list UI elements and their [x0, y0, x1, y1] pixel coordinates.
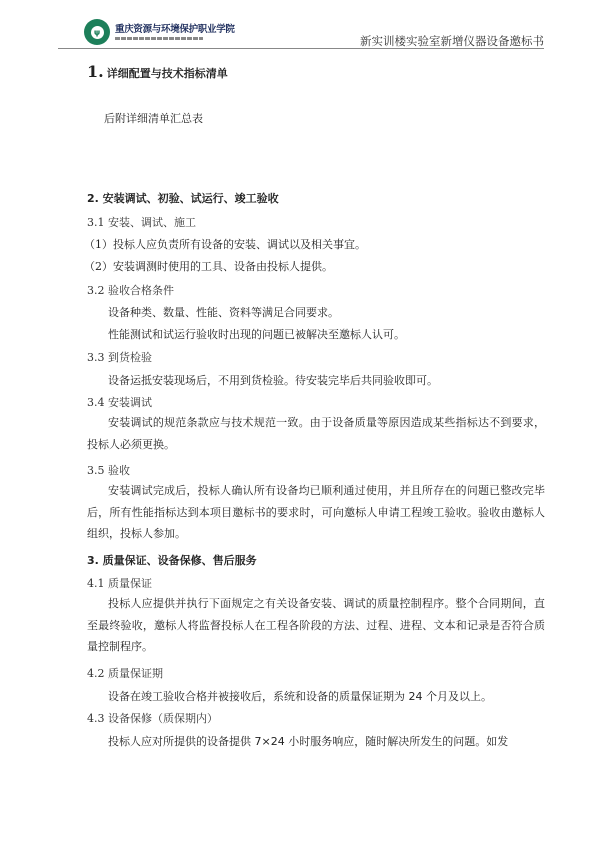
heading-4-1: 4.1 质量保证	[87, 575, 152, 591]
section-1-body: 后附详细清单汇总表	[104, 110, 203, 126]
heading-4-3: 4.3 设备保修（质保期内）	[87, 710, 218, 726]
item-3-1-1: （1）投标人应负责所有设备的安装、调试以及相关事宜。	[84, 236, 366, 252]
section-2-heading: 2. 安装调试、初验、试运行、竣工验收	[87, 190, 279, 206]
item-3-1-2: （2）安装调测时使用的工具、设备由投标人提供。	[84, 258, 333, 274]
paragraph-4-1: 投标人应提供并执行下面规定之有关设备安装、调试的质量控制程序。整个合同期间，直至…	[87, 593, 545, 658]
text: 小时服务响应，随时解决所发生的问题。如发	[285, 735, 509, 748]
heading-3-1: 3.1 安装、调试、施工	[87, 214, 196, 230]
document-title: 新实训楼实验室新增仪器设备邀标书	[360, 33, 544, 49]
text: 设备在竣工验收合格并被接收后，系统和设备的质量保证期为	[108, 690, 409, 703]
school-emblem-icon: ψ	[84, 19, 110, 45]
paragraph-4-2: 设备在竣工验收合格并被接收后，系统和设备的质量保证期为 24 个月及以上。	[108, 688, 492, 704]
paragraph-4-3: 投标人应对所提供的设备提供 7×24 小时服务响应，随时解决所发生的问题。如发	[108, 733, 508, 749]
paragraph-3-4: 安装调试的规范条款应与技术规范一致。由于设备质量等原因造成某些指标达不到要求，投…	[87, 412, 545, 455]
line-3-2-1: 设备种类、数量、性能、资料等满足合同要求。	[108, 304, 339, 320]
emblem-center: ψ	[89, 24, 106, 41]
service-hours: 7×24	[255, 735, 285, 748]
section-1-title: 详细配置与技术指标清单	[107, 67, 228, 80]
heading-3-4: 3.4 安装调试	[87, 394, 152, 410]
school-name: 重庆资源与环境保护职业学院	[115, 21, 235, 35]
section-1-heading: 1.详细配置与技术指标清单	[87, 62, 228, 81]
warranty-months: 24	[409, 690, 423, 703]
section-1-number: 1.	[87, 62, 104, 81]
heading-3-5: 3.5 验收	[87, 462, 130, 478]
heading-4-2: 4.2 质量保证期	[87, 665, 163, 681]
heading-3-2: 3.2 验收合格条件	[87, 282, 174, 298]
heading-3-3: 3.3 到货检验	[87, 349, 152, 365]
line-3-2-2: 性能测试和试运行验收时出现的问题已被解决至邀标人认可。	[108, 326, 405, 342]
text: 投标人应对所提供的设备提供	[108, 735, 255, 748]
section-3-heading: 3. 质量保证、设备保修、售后服务	[87, 552, 257, 568]
school-english-name	[115, 37, 203, 40]
line-3-3-1: 设备运抵安装现场后，不用到货检验。待安装完毕后共同验收即可。	[108, 372, 438, 388]
paragraph-3-5: 安装调试完成后，投标人确认所有设备均已顺利通过使用，并且所存在的问题已整改完毕后…	[87, 480, 545, 545]
text: 个月及以上。	[423, 690, 493, 703]
